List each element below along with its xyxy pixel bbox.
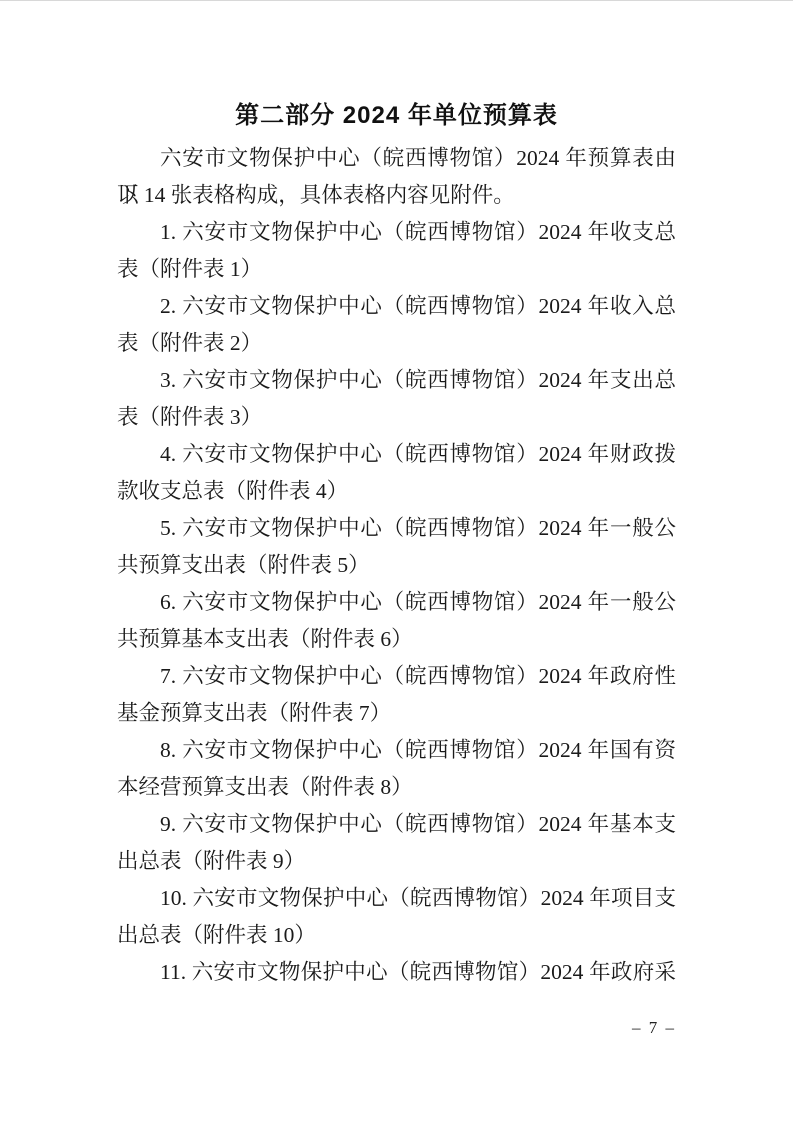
text-line: 5. 六安市文物保护中心（皖西博物馆）2024 年一般公 [117, 510, 676, 547]
list-item-9: 9. 六安市文物保护中心（皖西博物馆）2024 年基本支 出总表（附件表 9） [117, 806, 676, 880]
text-line: 表（附件表 3） [117, 399, 676, 436]
text-line: 出总表（附件表 10） [117, 917, 676, 954]
list-item-5: 5. 六安市文物保护中心（皖西博物馆）2024 年一般公 共预算支出表（附件表 … [117, 510, 676, 584]
list-item-11: 11. 六安市文物保护中心（皖西博物馆）2024 年政府采 [117, 954, 676, 991]
text-line: 8. 六安市文物保护中心（皖西博物馆）2024 年国有资 [117, 732, 676, 769]
text-line: 3. 六安市文物保护中心（皖西博物馆）2024 年支出总 [117, 362, 676, 399]
text-line: 表（附件表 1） [117, 251, 676, 288]
intro-paragraph: 六安市文物保护中心（皖西博物馆）2024 年预算表由以 下 14 张表格构成，具… [117, 140, 676, 214]
document-body: 六安市文物保护中心（皖西博物馆）2024 年预算表由以 下 14 张表格构成，具… [117, 140, 676, 991]
list-item-7: 7. 六安市文物保护中心（皖西博物馆）2024 年政府性 基金预算支出表（附件表… [117, 658, 676, 732]
section-title: 第二部分 2024 年单位预算表 [117, 97, 676, 134]
text-line: 9. 六安市文物保护中心（皖西博物馆）2024 年基本支 [117, 806, 676, 843]
text-line: 下 14 张表格构成，具体表格内容见附件。 [117, 177, 676, 214]
text-line: 1. 六安市文物保护中心（皖西博物馆）2024 年收支总 [117, 214, 676, 251]
text-line: 6. 六安市文物保护中心（皖西博物馆）2024 年一般公 [117, 584, 676, 621]
text-line: 11. 六安市文物保护中心（皖西博物馆）2024 年政府采 [117, 954, 676, 991]
text-line: 4. 六安市文物保护中心（皖西博物馆）2024 年财政拨 [117, 436, 676, 473]
text-line: 表（附件表 2） [117, 325, 676, 362]
text-line: 10. 六安市文物保护中心（皖西博物馆）2024 年项目支 [117, 880, 676, 917]
list-item-3: 3. 六安市文物保护中心（皖西博物馆）2024 年支出总 表（附件表 3） [117, 362, 676, 436]
text-line: 2. 六安市文物保护中心（皖西博物馆）2024 年收入总 [117, 288, 676, 325]
list-item-1: 1. 六安市文物保护中心（皖西博物馆）2024 年收支总 表（附件表 1） [117, 214, 676, 288]
text-line: 基金预算支出表（附件表 7） [117, 695, 676, 732]
list-item-2: 2. 六安市文物保护中心（皖西博物馆）2024 年收入总 表（附件表 2） [117, 288, 676, 362]
text-line: 本经营预算支出表（附件表 8） [117, 769, 676, 806]
list-item-8: 8. 六安市文物保护中心（皖西博物馆）2024 年国有资 本经营预算支出表（附件… [117, 732, 676, 806]
list-item-6: 6. 六安市文物保护中心（皖西博物馆）2024 年一般公 共预算基本支出表（附件… [117, 584, 676, 658]
text-line: 共预算基本支出表（附件表 6） [117, 621, 676, 658]
page-number: – 7 – [632, 1017, 676, 1039]
text-line: 7. 六安市文物保护中心（皖西博物馆）2024 年政府性 [117, 658, 676, 695]
text-line: 出总表（附件表 9） [117, 843, 676, 880]
list-item-10: 10. 六安市文物保护中心（皖西博物馆）2024 年项目支 出总表（附件表 10… [117, 880, 676, 954]
text-line: 款收支总表（附件表 4） [117, 473, 676, 510]
text-line: 六安市文物保护中心（皖西博物馆）2024 年预算表由以 [117, 140, 676, 177]
list-item-4: 4. 六安市文物保护中心（皖西博物馆）2024 年财政拨 款收支总表（附件表 4… [117, 436, 676, 510]
text-line: 共预算支出表（附件表 5） [117, 547, 676, 584]
document-page: 第二部分 2024 年单位预算表 六安市文物保护中心（皖西博物馆）2024 年预… [0, 0, 793, 1122]
